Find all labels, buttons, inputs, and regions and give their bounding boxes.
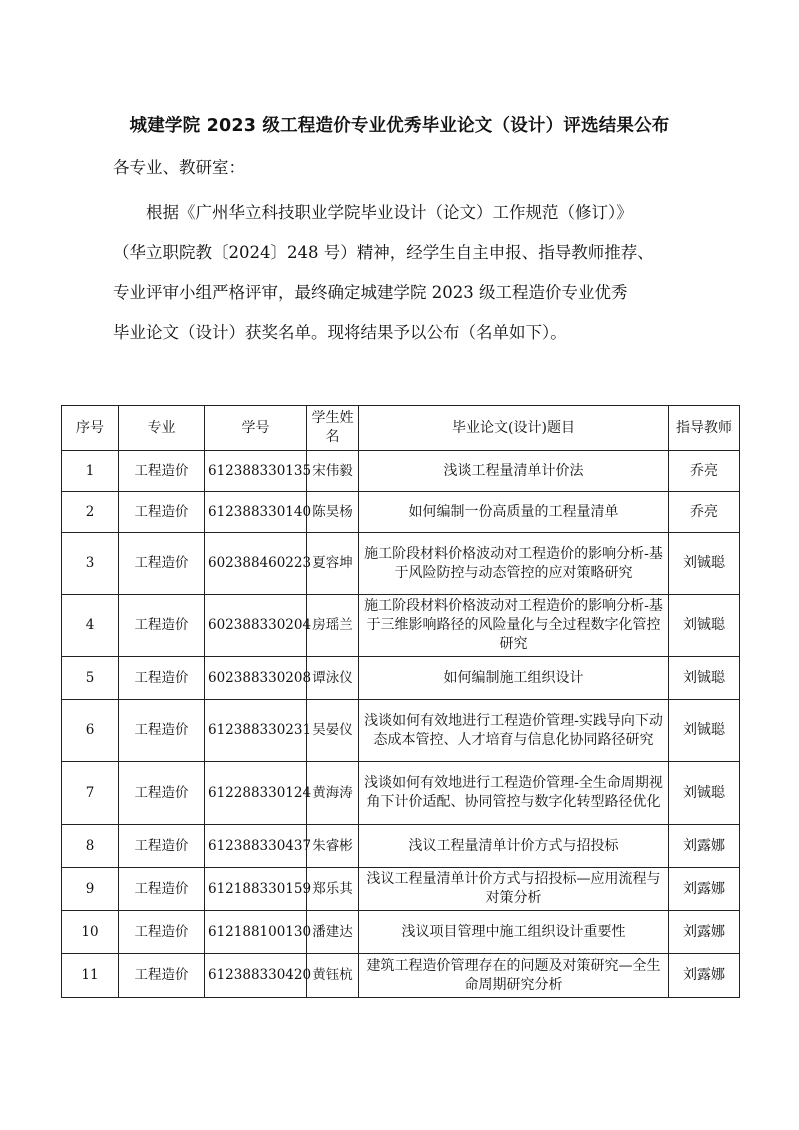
cell-topic: 浅谈如何有效地进行工程造价管理-全生命周期视角下计价适配、协同管控与数字化转型路…: [359, 762, 669, 825]
cell-student-id: 602388460223: [205, 533, 307, 595]
cell-student-id: 612388330231: [205, 700, 307, 762]
cell-no: 7: [62, 762, 119, 825]
cell-no: 9: [62, 868, 119, 911]
cell-major: 工程造价: [119, 700, 205, 762]
cell-advisor: 刘露娜: [669, 868, 740, 911]
cell-no: 4: [62, 595, 119, 657]
cell-no: 1: [62, 451, 119, 492]
header-major: 专业: [119, 406, 205, 451]
cell-advisor: 刘露娜: [669, 954, 740, 998]
table-row: 6工程造价612388330231吴晏仪浅谈如何有效地进行工程造价管理-实践导向…: [62, 700, 740, 762]
cell-topic: 浅议项目管理中施工组织设计重要性: [359, 911, 669, 954]
cell-student-id: 612288330124: [205, 762, 307, 825]
cell-no: 3: [62, 533, 119, 595]
header-no: 序号: [62, 406, 119, 451]
table-row: 3工程造价602388460223夏容坤施工阶段材料价格波动对工程造价的影响分析…: [62, 533, 740, 595]
cell-advisor: 刘铖聪: [669, 595, 740, 657]
cell-major: 工程造价: [119, 825, 205, 868]
paragraph-line: 毕业论文（设计）获奖名单。现将结果予以公布（名单如下）。: [113, 313, 693, 353]
cell-topic: 如何编制一份高质量的工程量清单: [359, 492, 669, 533]
cell-advisor: 乔亮: [669, 492, 740, 533]
table-row: 11工程造价612388330420黄钰杭建筑工程造价管理存在的问题及对策研究—…: [62, 954, 740, 998]
cell-student-id: 612388330437: [205, 825, 307, 868]
table-row: 1工程造价612388330135宋伟毅浅谈工程量清单计价法乔亮: [62, 451, 740, 492]
table-row: 9工程造价612188330159郑乐其浅议工程量清单计价方式与招投标—应用流程…: [62, 868, 740, 911]
header-advisor: 指导教师: [669, 406, 740, 451]
body-paragraph: 根据《广州华立科技职业学院毕业设计（论文）工作规范（修订）》 （华立职院教〔20…: [113, 193, 693, 353]
paragraph-line: 专业评审小组严格评审，最终确定城建学院 2023 级工程造价专业优秀: [113, 273, 693, 313]
cell-no: 10: [62, 911, 119, 954]
cell-topic: 浅谈如何有效地进行工程造价管理-实践导向下动态成本管控、人才培育与信息化协同路径…: [359, 700, 669, 762]
header-student-name: 学生姓名: [307, 406, 359, 451]
cell-student-name: 吴晏仪: [307, 700, 359, 762]
cell-advisor: 刘露娜: [669, 825, 740, 868]
cell-major: 工程造价: [119, 492, 205, 533]
cell-topic: 施工阶段材料价格波动对工程造价的影响分析-基于风险防控与动态管控的应对策略研究: [359, 533, 669, 595]
table-row: 2工程造价612388330140陈昊杨如何编制一份高质量的工程量清单乔亮: [62, 492, 740, 533]
cell-student-name: 夏容坤: [307, 533, 359, 595]
cell-advisor: 刘铖聪: [669, 657, 740, 700]
cell-topic: 浅谈工程量清单计价法: [359, 451, 669, 492]
cell-advisor: 乔亮: [669, 451, 740, 492]
cell-no: 11: [62, 954, 119, 998]
cell-major: 工程造价: [119, 595, 205, 657]
cell-student-name: 郑乐其: [307, 868, 359, 911]
greeting: 各专业、教研室：: [113, 154, 245, 178]
paragraph-line: 根据《广州华立科技职业学院毕业设计（论文）工作规范（修订）》: [113, 193, 693, 233]
cell-topic: 如何编制施工组织设计: [359, 657, 669, 700]
cell-student-id: 612188100130: [205, 911, 307, 954]
header-topic: 毕业论文(设计)题目: [359, 406, 669, 451]
cell-student-name: 黄钰杭: [307, 954, 359, 998]
table-row: 5工程造价602388330208谭泳仪如何编制施工组织设计刘铖聪: [62, 657, 740, 700]
cell-student-id: 612388330140: [205, 492, 307, 533]
cell-advisor: 刘露娜: [669, 911, 740, 954]
cell-advisor: 刘铖聪: [669, 762, 740, 825]
cell-major: 工程造价: [119, 533, 205, 595]
cell-student-name: 陈昊杨: [307, 492, 359, 533]
table-header-row: 序号 专业 学号 学生姓名 毕业论文(设计)题目 指导教师: [62, 406, 740, 451]
cell-student-name: 谭泳仪: [307, 657, 359, 700]
cell-major: 工程造价: [119, 954, 205, 998]
header-student-id: 学号: [205, 406, 307, 451]
document-title: 城建学院 2023 级工程造价专业优秀毕业论文（设计）评选结果公布: [0, 112, 799, 137]
award-table: 序号 专业 学号 学生姓名 毕业论文(设计)题目 指导教师 1工程造价61238…: [61, 405, 740, 998]
cell-student-id: 612188330159: [205, 868, 307, 911]
cell-no: 5: [62, 657, 119, 700]
cell-student-name: 朱睿彬: [307, 825, 359, 868]
cell-student-id: 602388330208: [205, 657, 307, 700]
table-row: 4工程造价602388330204房瑶兰施工阶段材料价格波动对工程造价的影响分析…: [62, 595, 740, 657]
cell-major: 工程造价: [119, 451, 205, 492]
cell-student-name: 房瑶兰: [307, 595, 359, 657]
cell-student-name: 黄海涛: [307, 762, 359, 825]
cell-no: 6: [62, 700, 119, 762]
paragraph-line: （华立职院教〔2024〕248 号）精神，经学生自主申报、指导教师推荐、: [113, 233, 693, 273]
table-row: 8工程造价612388330437朱睿彬浅议工程量清单计价方式与招投标刘露娜: [62, 825, 740, 868]
cell-topic: 浅议工程量清单计价方式与招投标: [359, 825, 669, 868]
cell-student-id: 612388330420: [205, 954, 307, 998]
cell-major: 工程造价: [119, 657, 205, 700]
cell-no: 8: [62, 825, 119, 868]
table-row: 10工程造价612188100130潘建达浅议项目管理中施工组织设计重要性刘露娜: [62, 911, 740, 954]
cell-advisor: 刘铖聪: [669, 533, 740, 595]
cell-major: 工程造价: [119, 911, 205, 954]
table-row: 7工程造价612288330124黄海涛浅谈如何有效地进行工程造价管理-全生命周…: [62, 762, 740, 825]
cell-no: 2: [62, 492, 119, 533]
cell-major: 工程造价: [119, 868, 205, 911]
cell-student-name: 宋伟毅: [307, 451, 359, 492]
cell-topic: 浅议工程量清单计价方式与招投标—应用流程与对策分析: [359, 868, 669, 911]
cell-advisor: 刘铖聪: [669, 700, 740, 762]
cell-topic: 建筑工程造价管理存在的问题及对策研究—全生命周期研究分析: [359, 954, 669, 998]
cell-student-id: 602388330204: [205, 595, 307, 657]
cell-student-name: 潘建达: [307, 911, 359, 954]
cell-student-id: 612388330135: [205, 451, 307, 492]
cell-topic: 施工阶段材料价格波动对工程造价的影响分析-基于三维影响路径的风险量化与全过程数字…: [359, 595, 669, 657]
cell-major: 工程造价: [119, 762, 205, 825]
